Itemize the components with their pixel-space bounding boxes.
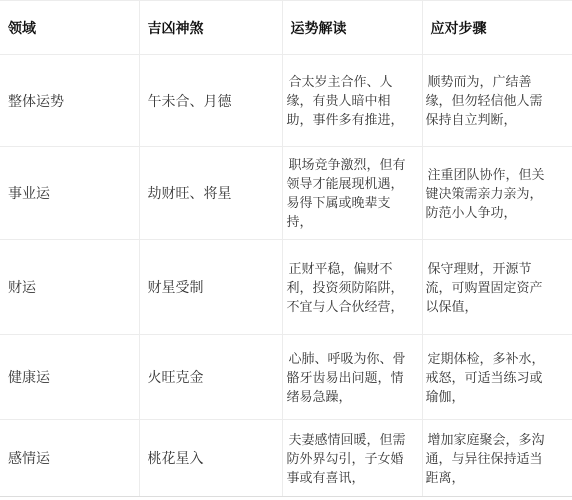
reading-cell: 合太岁主合作、人缘，有贵人暗中相助，事件多有推进， bbox=[282, 55, 422, 147]
reading-cell: 心肺、呼吸为你、骨骼牙齿易出问题，情绪易急躁， bbox=[282, 335, 422, 420]
fortune-page: 领域 吉凶神煞 运势解读 应对步骤 整体运势午未合、月德合太岁主合作、人缘，有贵… bbox=[0, 0, 572, 500]
domain-cell: 整体运势 bbox=[0, 55, 139, 147]
stars-cell: 午未合、月德 bbox=[139, 55, 282, 147]
header-row: 领域 吉凶神煞 运势解读 应对步骤 bbox=[0, 1, 572, 55]
domain-cell: 健康运 bbox=[0, 335, 139, 420]
col-header-action: 应对步骤 bbox=[422, 1, 572, 55]
fortune-table: 领域 吉凶神煞 运势解读 应对步骤 整体运势午未合、月德合太岁主合作、人缘，有贵… bbox=[0, 0, 572, 497]
table-row: 健康运火旺克金心肺、呼吸为你、骨骼牙齿易出问题，情绪易急躁，定期体检，多补水，戒… bbox=[0, 335, 572, 420]
reading-cell: 夫妻感情回暖，但需防外界勾引，子女婚事或有喜讯， bbox=[282, 420, 422, 497]
table-row: 事业运劫财旺、将星职场竞争激烈，但有领导才能展现机遇，易得下属或晚辈支持，注重团… bbox=[0, 147, 572, 240]
stars-cell: 火旺克金 bbox=[139, 335, 282, 420]
stars-cell: 桃花星入 bbox=[139, 420, 282, 497]
action-cell: 增加家庭聚会，多沟通，与异往保持适当距离， bbox=[422, 420, 572, 497]
reading-cell: 正财平稳，偏财不利，投资须防陷阱，不宜与人合伙经营， bbox=[282, 240, 422, 335]
action-cell: 保守理财，开源节流，可购置固定资产以保值， bbox=[422, 240, 572, 335]
domain-cell: 感情运 bbox=[0, 420, 139, 497]
col-header-stars: 吉凶神煞 bbox=[139, 1, 282, 55]
reading-cell: 职场竞争激烈，但有领导才能展现机遇，易得下属或晚辈支持， bbox=[282, 147, 422, 240]
stars-cell: 劫财旺、将星 bbox=[139, 147, 282, 240]
action-cell: 定期体检，多补水，戒怒，可适当练习或瑜伽， bbox=[422, 335, 572, 420]
col-header-domain: 领域 bbox=[0, 1, 139, 55]
domain-cell: 事业运 bbox=[0, 147, 139, 240]
action-cell: 注重团队协作，但关键决策需亲力亲为，防范小人争功， bbox=[422, 147, 572, 240]
stars-cell: 财星受制 bbox=[139, 240, 282, 335]
col-header-reading: 运势解读 bbox=[282, 1, 422, 55]
action-cell: 顺势而为，广结善缘，但勿轻信他人需保持自立判断， bbox=[422, 55, 572, 147]
table-row: 财运财星受制正财平稳，偏财不利，投资须防陷阱，不宜与人合伙经营，保守理财，开源节… bbox=[0, 240, 572, 335]
domain-cell: 财运 bbox=[0, 240, 139, 335]
table-row: 整体运势午未合、月德合太岁主合作、人缘，有贵人暗中相助，事件多有推进，顺势而为，… bbox=[0, 55, 572, 147]
table-row: 感情运桃花星入夫妻感情回暖，但需防外界勾引，子女婚事或有喜讯，增加家庭聚会，多沟… bbox=[0, 420, 572, 497]
